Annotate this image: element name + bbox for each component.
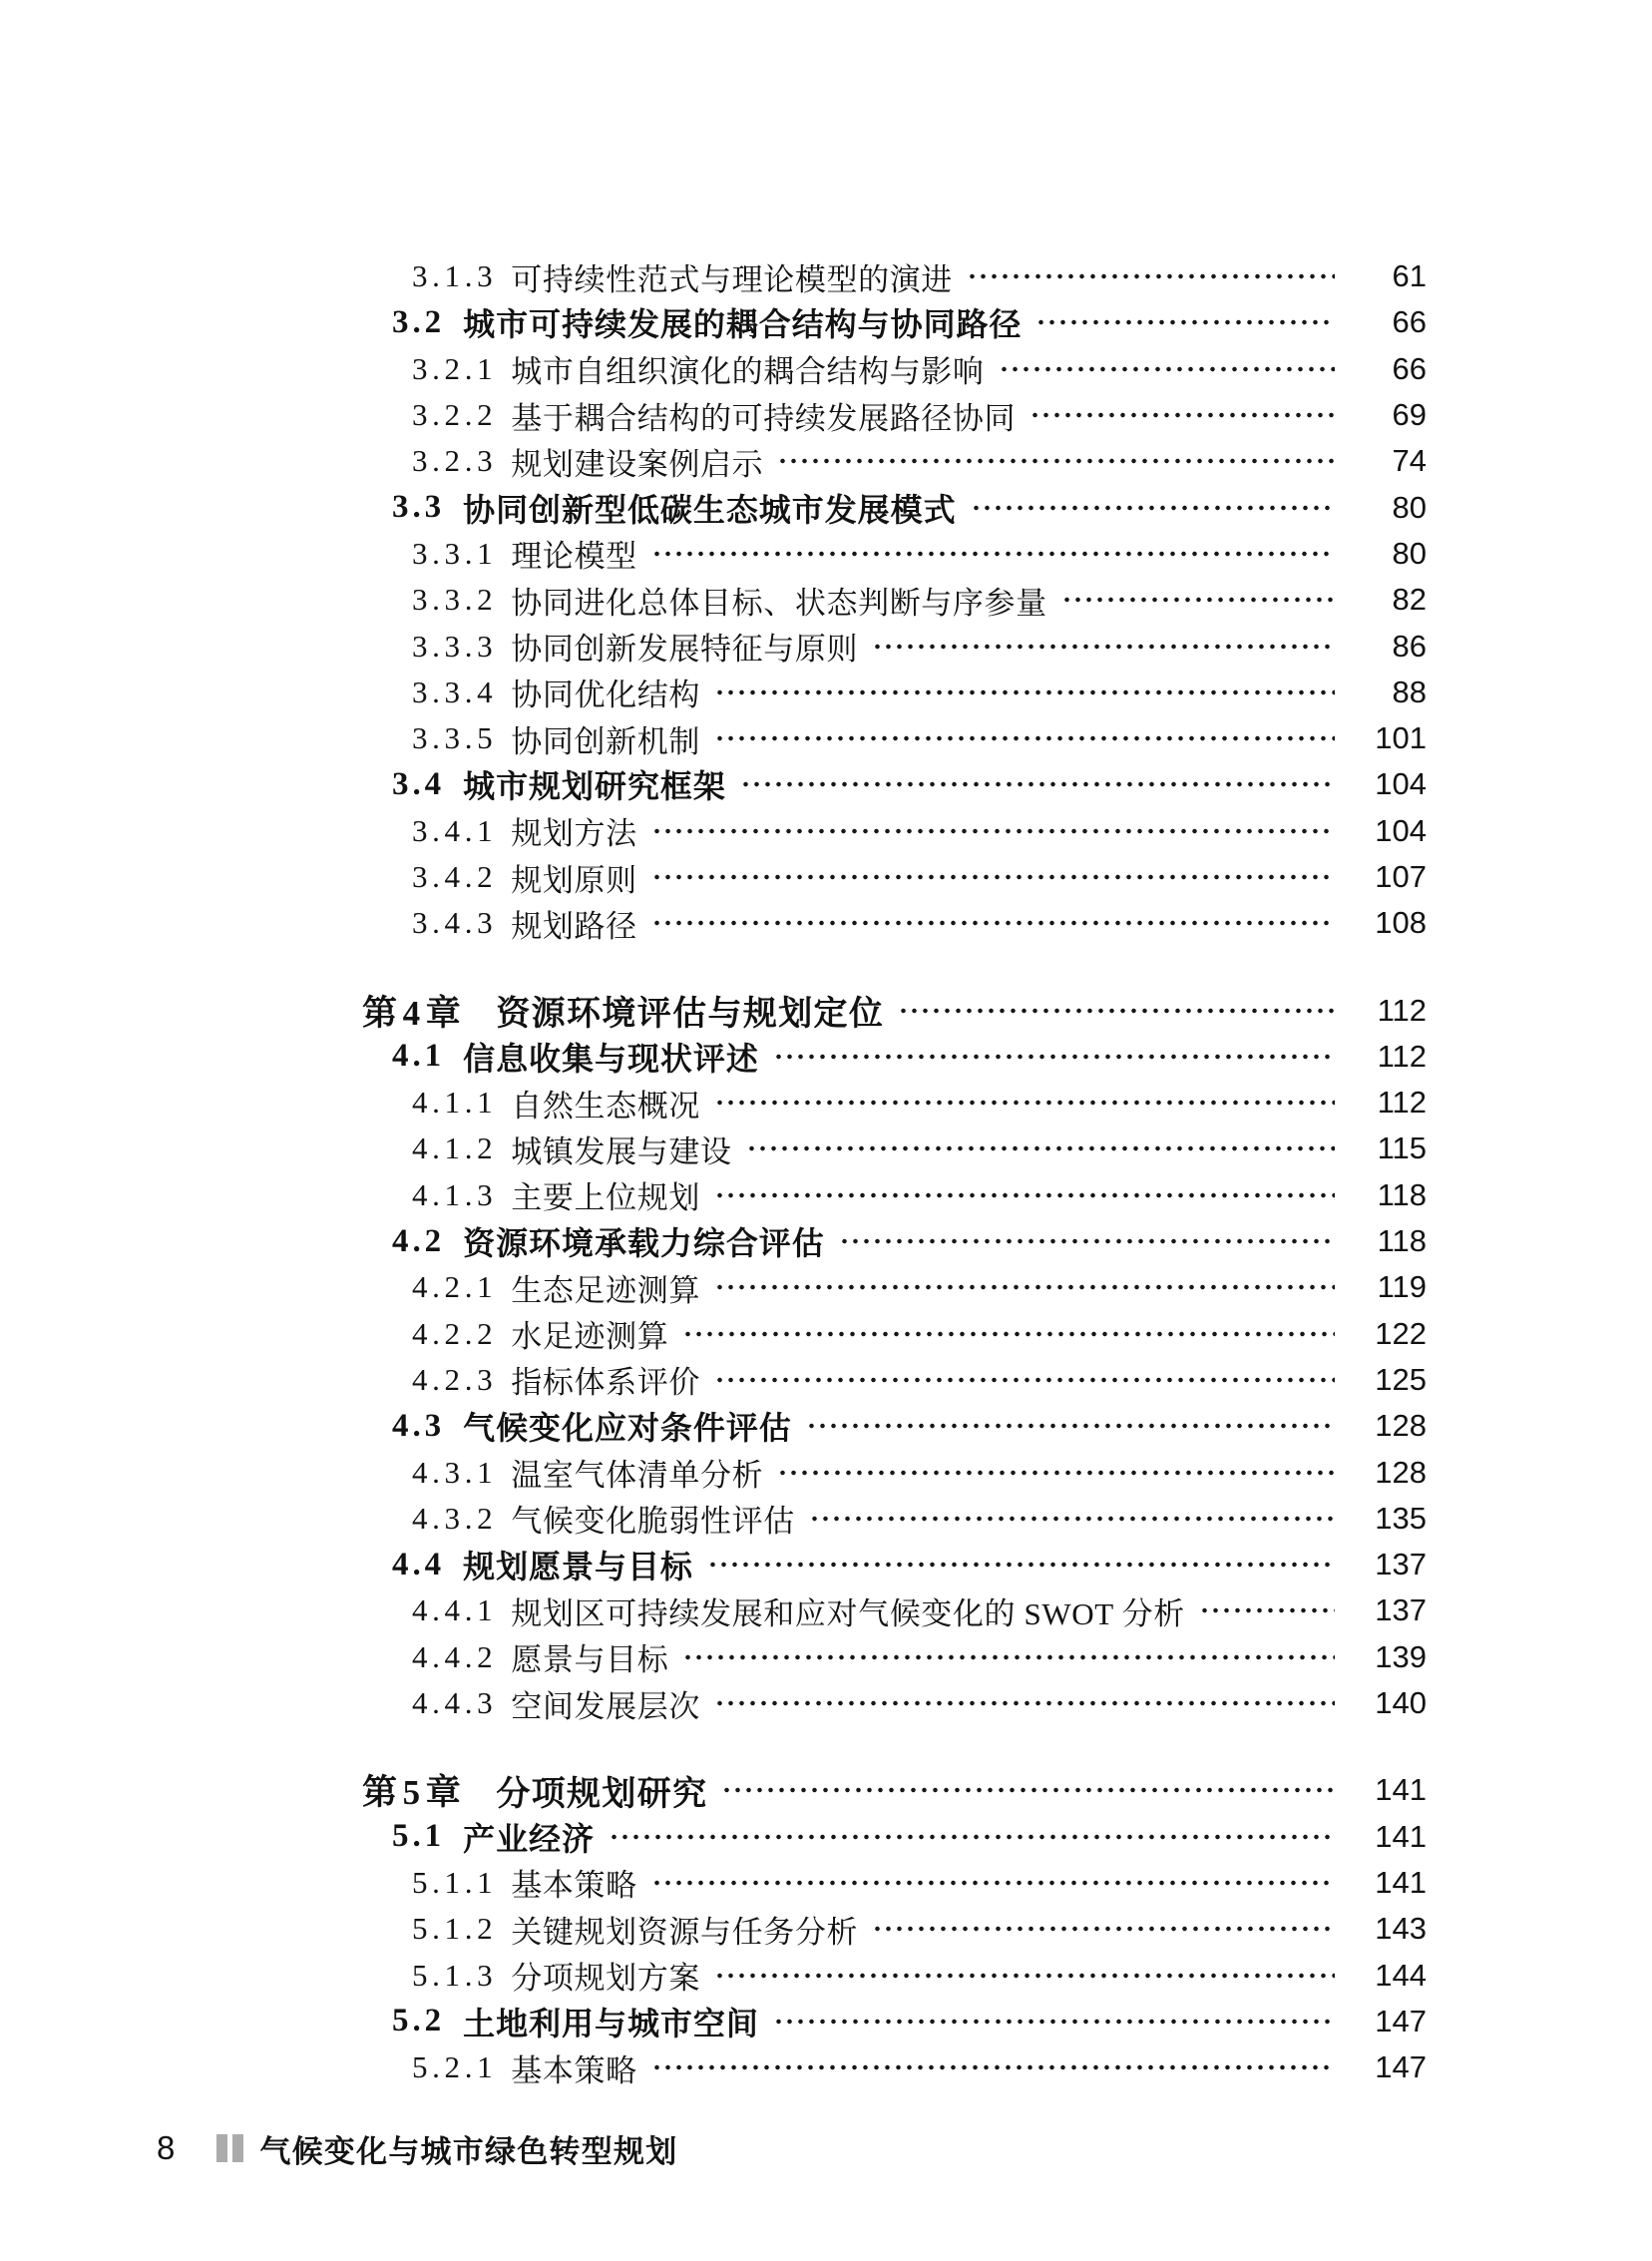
toc-entry-number: 3.3.4 xyxy=(412,675,497,710)
toc-entry: 3.3.4 协同优化结构 88 xyxy=(362,670,1427,715)
toc-entry-page: 61 xyxy=(1349,258,1427,294)
toc-entry: 3.3 协同创新型低碳生态城市发展模式 80 xyxy=(362,484,1427,530)
toc-entry-number: 4.4.2 xyxy=(412,1639,497,1675)
toc-entry: 第5章 分项规划研究 141 xyxy=(362,1767,1427,1813)
dot-leader-icon xyxy=(712,1680,1335,1726)
toc-entry-page: 86 xyxy=(1349,629,1427,665)
toc-entry-page: 104 xyxy=(1349,766,1427,802)
toc-entry-number: 5.1 xyxy=(392,1818,445,1855)
dot-leader-icon xyxy=(712,1172,1335,1218)
toc-entry: 4.3 气候变化应对条件评估 128 xyxy=(362,1403,1427,1449)
dot-leader-icon xyxy=(807,1496,1335,1542)
dot-leader-icon xyxy=(1033,299,1335,345)
toc-entry: 3.2.2 基于耦合结构的可持续发展路径协同 69 xyxy=(362,392,1427,438)
toc-entry-number: 4.2.1 xyxy=(412,1269,497,1305)
toc-entry-number: 4.4.1 xyxy=(412,1592,497,1628)
toc-entry-title: 城市可持续发展的耦合结构与协同路径 xyxy=(463,299,1022,345)
toc-entry-page: 112 xyxy=(1349,993,1427,1029)
toc-entry-title: 规划建设案例启示 xyxy=(511,439,763,484)
toc-entry-number: 4.2 xyxy=(392,1223,445,1260)
toc-entry: 3.3.2 协同进化总体目标、状态判断与序参量 82 xyxy=(362,577,1427,623)
toc-entry-page: 143 xyxy=(1349,1911,1427,1947)
page-footer: 8 气候变化与城市绿色转型规划 xyxy=(157,2125,677,2171)
toc-entry-title: 规划原则 xyxy=(511,855,636,900)
dot-leader-icon xyxy=(969,485,1335,531)
toc-entry-title: 城市自组织演化的耦合结构与影响 xyxy=(511,346,984,391)
toc-entry-title: 基本策略 xyxy=(511,1860,636,1905)
toc-entry-number: 4.1.1 xyxy=(412,1085,497,1121)
toc-entry-number: 3.3.3 xyxy=(412,629,497,665)
toc-entry-page: 80 xyxy=(1349,490,1427,526)
toc-entry-number: 4.2.2 xyxy=(412,1316,497,1352)
toc-entry-page: 74 xyxy=(1349,443,1427,479)
dot-leader-icon xyxy=(680,1311,1335,1357)
toc-entry-title: 土地利用与城市空间 xyxy=(463,1999,759,2044)
toc-entry-title: 资源环境承载力综合评估 xyxy=(463,1218,825,1264)
toc-entry-title: 空间发展层次 xyxy=(511,1681,700,1726)
toc-entry-number: 第5章 xyxy=(362,1765,466,1815)
toc-entry-number: 4.3 xyxy=(392,1408,445,1445)
toc-entry-title: 产业经济 xyxy=(463,1814,595,1860)
toc-entry-number: 3.1.3 xyxy=(412,258,497,294)
toc-entry: 3.3.1 理论模型 80 xyxy=(362,531,1427,577)
toc-entry-page: 144 xyxy=(1349,1958,1427,1994)
toc-entry-page: 80 xyxy=(1349,536,1427,572)
toc-entry-number: 3.2.3 xyxy=(412,443,497,479)
toc-entry-title: 愿景与目标 xyxy=(511,1634,668,1679)
toc-entry-number: 3.4 xyxy=(392,766,445,803)
toc-entry-page: 147 xyxy=(1349,2049,1427,2085)
toc-entry-title: 生态足迹测算 xyxy=(511,1265,700,1310)
toc-entry-number: 5.1.1 xyxy=(412,1865,497,1901)
toc-entry-page: 147 xyxy=(1349,2004,1427,2039)
toc-entry-number: 5.1.2 xyxy=(412,1911,497,1947)
toc-entry-page: 128 xyxy=(1349,1408,1427,1444)
toc-entry-page: 125 xyxy=(1349,1362,1427,1398)
toc-entry-page: 135 xyxy=(1349,1501,1427,1537)
toc-entry: 4.4 规划愿景与目标 137 xyxy=(362,1542,1427,1587)
dot-leader-icon xyxy=(607,1814,1335,1860)
dot-leader-icon xyxy=(738,761,1335,807)
toc-entry: 3.2.3 规划建设案例启示 74 xyxy=(362,438,1427,484)
toc-entry-number: 5.2 xyxy=(392,2003,445,2039)
dot-leader-icon xyxy=(712,1080,1335,1126)
toc-entry-page: 108 xyxy=(1349,905,1427,941)
toc-entry-title: 分项规划研究 xyxy=(496,1766,707,1815)
toc-entry-title: 协同创新型低碳生态城市发展模式 xyxy=(463,485,956,531)
dot-leader-icon xyxy=(1197,1587,1335,1633)
dot-leader-icon xyxy=(997,346,1335,392)
toc-entry-page: 66 xyxy=(1349,304,1427,340)
toc-entry-number: 4.4.3 xyxy=(412,1685,497,1721)
dot-leader-icon xyxy=(896,988,1335,1034)
footer-book-title: 气候变化与城市绿色转型规划 xyxy=(259,2126,677,2171)
toc-entry-title: 水足迹测算 xyxy=(511,1311,668,1356)
toc-entry-title: 主要上位规划 xyxy=(511,1172,700,1217)
toc-entry-title: 城市规划研究框架 xyxy=(463,761,726,807)
toc-entry-title: 关键规划资源与任务分析 xyxy=(511,1907,858,1952)
toc-entry: 4.1.1 自然生态概况 112 xyxy=(362,1080,1427,1126)
toc-entry-title: 协同进化总体目标、状态判断与序参量 xyxy=(511,578,1047,623)
toc-entry-page: 141 xyxy=(1349,1772,1427,1808)
toc-entry-title: 指标体系评价 xyxy=(511,1357,700,1402)
toc-entry-title: 协同创新机制 xyxy=(511,716,700,761)
toc-entry-title: 理论模型 xyxy=(511,531,636,576)
dot-leader-icon xyxy=(649,808,1335,854)
toc-entry-number: 5.1.3 xyxy=(412,1958,497,1994)
dot-leader-icon xyxy=(771,1999,1335,2044)
toc-entry-number: 3.3.5 xyxy=(412,720,497,756)
dot-leader-icon xyxy=(870,624,1335,670)
dot-leader-icon xyxy=(712,1953,1335,1999)
dot-leader-icon xyxy=(1028,392,1335,438)
toc-entry-page: 88 xyxy=(1349,675,1427,710)
dot-leader-icon xyxy=(1059,577,1335,623)
toc-entry: 5.2.1 基本策略 147 xyxy=(362,2044,1427,2090)
toc-entry-title: 自然生态概况 xyxy=(511,1081,700,1126)
toc-entry-page: 137 xyxy=(1349,1592,1427,1628)
toc-entry: 4.2 资源环境承载力综合评估 118 xyxy=(362,1218,1427,1264)
toc-page: 3.1.3 可持续性范式与理论模型的演进 61 3.2 城市可持续发展的耦合结构… xyxy=(0,0,1652,2261)
toc-entry-number: 3.3.2 xyxy=(412,582,497,618)
toc-entry-title: 规划路径 xyxy=(511,901,636,946)
toc-entry-page: 82 xyxy=(1349,582,1427,618)
toc-entry-number: 3.3.1 xyxy=(412,536,497,572)
dot-leader-icon xyxy=(775,438,1335,484)
toc-entry-number: 3.4.3 xyxy=(412,905,497,941)
toc-list: 3.1.3 可持续性范式与理论模型的演进 61 3.2 城市可持续发展的耦合结构… xyxy=(0,253,1652,2090)
toc-entry-title: 规划方法 xyxy=(511,808,636,853)
toc-entry-number: 4.1.2 xyxy=(412,1130,497,1166)
toc-entry: 4.3.2 气候变化脆弱性评估 135 xyxy=(362,1496,1427,1542)
toc-entry-page: 122 xyxy=(1349,1316,1427,1352)
toc-entry-number: 3.2.1 xyxy=(412,351,497,387)
toc-entry-number: 4.2.3 xyxy=(412,1362,497,1398)
toc-entry-page: 104 xyxy=(1349,813,1427,849)
dot-leader-icon xyxy=(649,900,1335,946)
folio-page-number: 8 xyxy=(157,2129,175,2167)
toc-entry-title: 气候变化应对条件评估 xyxy=(463,1403,792,1449)
toc-entry: 4.3.1 温室气体清单分析 128 xyxy=(362,1449,1427,1495)
toc-entry-title: 分项规划方案 xyxy=(511,1953,700,1998)
toc-entry-title: 协同优化结构 xyxy=(511,670,700,714)
toc-entry: 3.1.3 可持续性范式与理论模型的演进 61 xyxy=(362,253,1427,299)
toc-entry-page: 141 xyxy=(1349,1865,1427,1901)
toc-entry: 3.4 城市规划研究框架 104 xyxy=(362,761,1427,807)
dot-leader-icon xyxy=(719,1767,1335,1813)
toc-entry: 3.4.3 规划路径 108 xyxy=(362,900,1427,946)
dot-leader-icon xyxy=(870,1906,1335,1952)
dot-leader-icon xyxy=(804,1403,1335,1449)
toc-entry: 3.2.1 城市自组织演化的耦合结构与影响 66 xyxy=(362,346,1427,392)
toc-entry-number: 3.4.1 xyxy=(412,813,497,849)
double-bar-icon xyxy=(216,2134,243,2162)
dot-leader-icon xyxy=(712,715,1335,761)
toc-entry-number: 4.4 xyxy=(392,1547,445,1583)
toc-entry-page: 141 xyxy=(1349,1819,1427,1855)
dot-leader-icon xyxy=(680,1634,1335,1680)
toc-entry-page: 139 xyxy=(1349,1639,1427,1675)
toc-entry: 4.2.2 水足迹测算 122 xyxy=(362,1311,1427,1357)
dot-leader-icon xyxy=(775,1450,1335,1496)
toc-entry: 5.1.2 关键规划资源与任务分析 143 xyxy=(362,1906,1427,1952)
toc-entry-number: 5.2.1 xyxy=(412,2049,497,2085)
toc-entry: 3.3.3 协同创新发展特征与原则 86 xyxy=(362,623,1427,669)
toc-entry-page: 112 xyxy=(1349,1085,1427,1121)
toc-entry: 3.4.1 规划方法 104 xyxy=(362,808,1427,854)
toc-entry-page: 112 xyxy=(1349,1039,1427,1075)
toc-entry-number: 3.4.2 xyxy=(412,859,497,895)
toc-entry-title: 信息收集与现状评述 xyxy=(463,1034,759,1080)
toc-entry-page: 118 xyxy=(1349,1223,1427,1259)
toc-entry: 第4章 资源环境评估与规划定位 112 xyxy=(362,987,1427,1033)
toc-entry: 3.4.2 规划原则 107 xyxy=(362,854,1427,900)
toc-entry: 4.2.3 指标体系评价 125 xyxy=(362,1357,1427,1403)
toc-entry-page: 119 xyxy=(1349,1269,1427,1305)
toc-entry-title: 可持续性范式与理论模型的演进 xyxy=(511,254,953,299)
toc-entry-number: 3.3 xyxy=(392,489,445,526)
toc-entry-page: 107 xyxy=(1349,859,1427,895)
dot-leader-icon xyxy=(649,854,1335,900)
toc-entry: 5.1.1 基本策略 141 xyxy=(362,1860,1427,1906)
dot-leader-icon xyxy=(705,1542,1335,1587)
dot-leader-icon xyxy=(712,1357,1335,1403)
dot-leader-icon xyxy=(965,253,1335,299)
toc-entry-title: 规划愿景与目标 xyxy=(463,1542,693,1587)
dot-leader-icon xyxy=(837,1218,1335,1264)
toc-entry: 4.1 信息收集与现状评述 112 xyxy=(362,1034,1427,1080)
toc-entry-title: 协同创新发展特征与原则 xyxy=(511,624,858,669)
toc-entry-number: 4.3.1 xyxy=(412,1455,497,1491)
toc-entry-number: 3.2 xyxy=(392,304,445,341)
toc-entry: 4.4.2 愿景与目标 139 xyxy=(362,1634,1427,1680)
toc-entry-number: 第4章 xyxy=(362,986,466,1036)
toc-entry-number: 4.1.3 xyxy=(412,1177,497,1213)
toc-entry-title: 温室气体清单分析 xyxy=(511,1450,763,1495)
toc-entry: 4.4.3 空间发展层次 140 xyxy=(362,1680,1427,1726)
toc-entry-title: 基本策略 xyxy=(511,2045,636,2090)
toc-entry-page: 69 xyxy=(1349,397,1427,433)
toc-entry-page: 140 xyxy=(1349,1685,1427,1721)
toc-entry: 5.1 产业经济 141 xyxy=(362,1814,1427,1860)
toc-entry-title: 基于耦合结构的可持续发展路径协同 xyxy=(511,393,1016,438)
toc-entry-page: 118 xyxy=(1349,1177,1427,1213)
toc-entry-title: 规划区可持续发展和应对气候变化的 SWOT 分析 xyxy=(511,1588,1185,1633)
toc-entry: 4.2.1 生态足迹测算 119 xyxy=(362,1264,1427,1310)
toc-entry-page: 128 xyxy=(1349,1455,1427,1491)
toc-entry-title: 资源环境评估与规划定位 xyxy=(496,986,884,1035)
toc-entry-title: 城镇发展与建设 xyxy=(511,1127,731,1171)
dot-leader-icon xyxy=(712,1264,1335,1310)
dot-leader-icon xyxy=(744,1126,1335,1171)
toc-entry: 5.2 土地利用与城市空间 147 xyxy=(362,1999,1427,2044)
dot-leader-icon xyxy=(712,670,1335,715)
toc-entry-page: 115 xyxy=(1349,1130,1427,1166)
toc-entry-page: 137 xyxy=(1349,1547,1427,1583)
toc-entry: 4.1.3 主要上位规划 118 xyxy=(362,1172,1427,1218)
dot-leader-icon xyxy=(649,531,1335,577)
dot-leader-icon xyxy=(771,1034,1335,1080)
toc-entry: 5.1.3 分项规划方案 144 xyxy=(362,1952,1427,1998)
toc-entry-title: 气候变化脆弱性评估 xyxy=(511,1496,795,1541)
toc-entry-number: 3.2.2 xyxy=(412,397,497,433)
toc-entry-page: 66 xyxy=(1349,351,1427,387)
toc-entry-number: 4.3.2 xyxy=(412,1501,497,1537)
dot-leader-icon xyxy=(649,1860,1335,1906)
toc-entry: 4.1.2 城镇发展与建设 115 xyxy=(362,1126,1427,1171)
dot-leader-icon xyxy=(649,2044,1335,2090)
toc-entry: 3.2 城市可持续发展的耦合结构与协同路径 66 xyxy=(362,299,1427,345)
toc-entry: 3.3.5 协同创新机制 101 xyxy=(362,715,1427,761)
toc-entry-number: 4.1 xyxy=(392,1038,445,1075)
toc-entry-page: 101 xyxy=(1349,720,1427,756)
toc-entry: 4.4.1 规划区可持续发展和应对气候变化的 SWOT 分析 137 xyxy=(362,1587,1427,1633)
